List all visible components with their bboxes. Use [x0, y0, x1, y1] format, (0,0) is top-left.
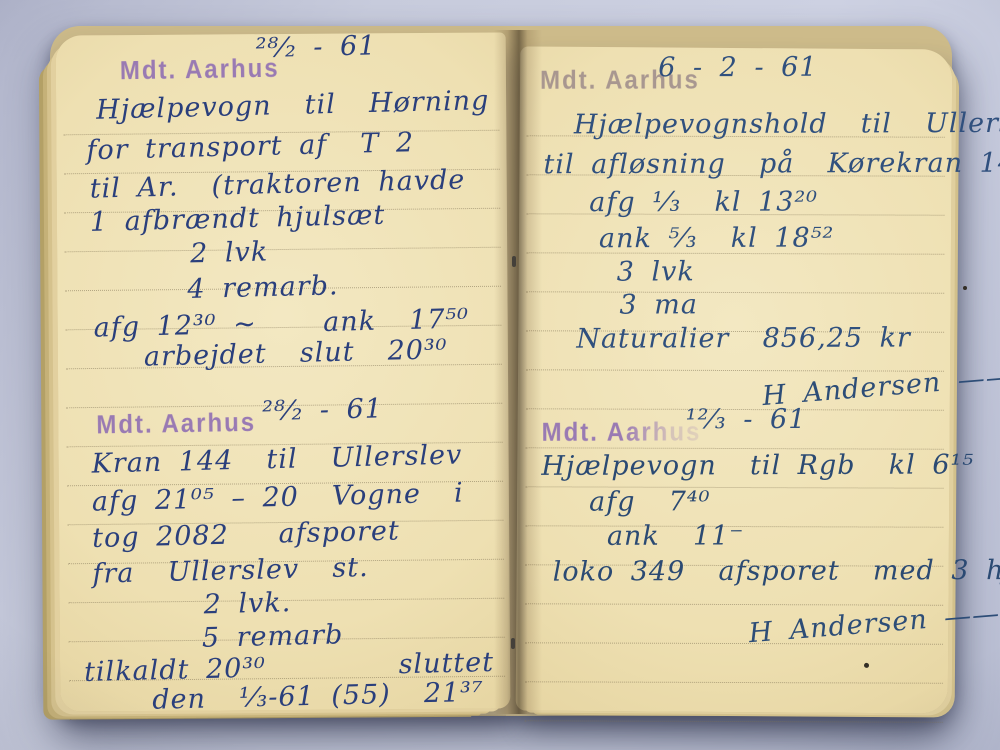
logbook-line: ank 11⁻ [607, 522, 745, 549]
logbook-line: afg ¹⁄₃ kl 13²⁰ [589, 188, 818, 216]
entry-date: ¹²⁄₃ - 61 [686, 406, 807, 433]
staple [511, 638, 515, 649]
notebook-photo: Mdt. Aarhus ²⁸⁄₂ - 61 Hjælpevogn til Hør… [0, 0, 1000, 750]
logbook-line: den ¹⁄₃-61 (55) 21³⁷ [152, 679, 484, 714]
depot-stamp: Mdt. Aarhus [96, 408, 256, 441]
logbook-line: 2 lvk. [203, 589, 291, 618]
logbook-line: tog 2082 afsporet [92, 518, 400, 553]
entry-date: ²⁸⁄₂ - 61 [255, 32, 376, 62]
logbook-line: Hjælpevognshold til Ullerslev [574, 110, 1000, 139]
depot-stamp: Mdt. Aarhus [542, 418, 702, 449]
right-page: Mdt. Aarhus 6 - 2 - 61 Hjælpevognshold t… [516, 47, 953, 714]
entry-date: ²⁸⁄₂ - 61 [262, 395, 383, 425]
staple [512, 256, 516, 267]
logbook-line: arbejdet slut 20³⁰ [144, 336, 448, 370]
logbook-line: Naturalier 856,25 kr [576, 324, 911, 352]
left-page: Mdt. Aarhus ²⁸⁄₂ - 61 Hjælpevogn til Hør… [56, 32, 511, 711]
logbook-line: 4 remarb. [187, 272, 339, 303]
ink-speck [963, 286, 967, 290]
logbook-line: til afløsning på Kørekran 144 [543, 150, 1000, 179]
logbook-line: Hjælpevogn til Rgb kl 6¹⁵ [541, 451, 974, 480]
logbook-line: 5 remarb [202, 621, 344, 651]
logbook-line: for transport af T 2 [86, 129, 414, 164]
logbook-line: 3 ma [619, 291, 698, 318]
logbook-line: loko 349 afsporet med 3 hjulsæt [553, 557, 1000, 586]
logbook-line: ank ⁵⁄₃ kl 18⁵² [599, 224, 834, 252]
logbook-line: 2 lvk [190, 238, 269, 267]
logbook-line: 1 afbrændt hjulsæt [90, 202, 386, 236]
logbook-line: 3 lvk [617, 258, 695, 285]
ink-dot [864, 663, 869, 668]
logbook-line: fra Ullerslev st. [92, 554, 369, 588]
entry-date: 6 - 2 - 61 [658, 54, 817, 82]
logbook-line: afg 7⁴⁰ [589, 488, 710, 515]
